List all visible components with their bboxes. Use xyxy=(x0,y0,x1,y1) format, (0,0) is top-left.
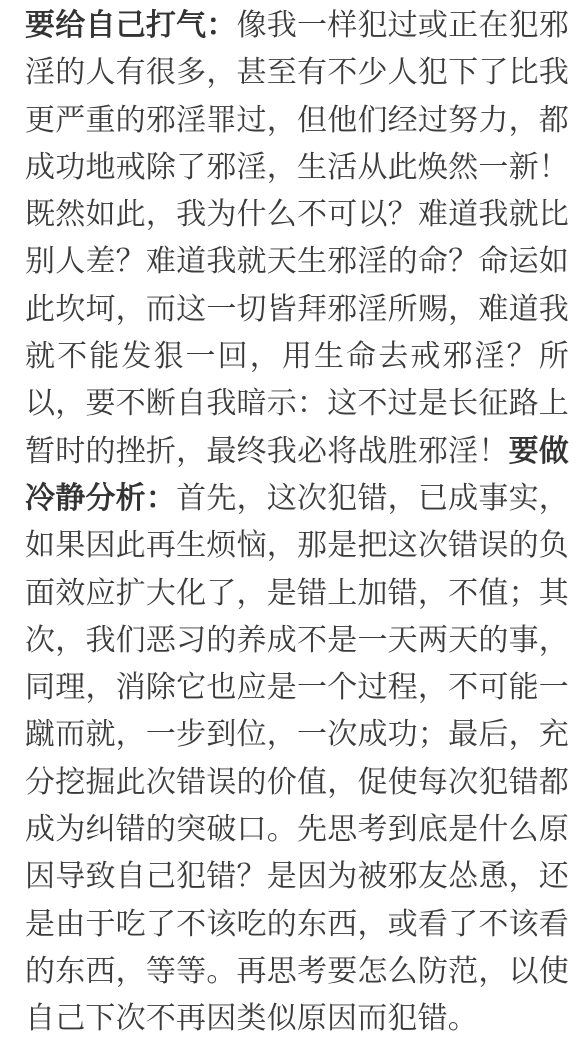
article-page: 要给自己打气：像我一样犯过或正在犯邪淫的人有很多，甚至有不少人犯下了比我更严重的… xyxy=(0,0,580,1043)
body-text-segment: 首先，这次犯错，已成事实，如果因此再生烦恼，那是把这次错误的负面效应扩大化了，是… xyxy=(25,482,569,1035)
article-paragraph: 要给自己打气：像我一样犯过或正在犯邪淫的人有很多，甚至有不少人犯下了比我更严重的… xyxy=(25,2,569,1043)
body-text-segment: 像我一样犯过或正在犯邪淫的人有很多，甚至有不少人犯下了比我更严重的邪淫罪过，但他… xyxy=(25,9,569,468)
bold-inline-heading: 要给自己打气： xyxy=(25,9,237,42)
